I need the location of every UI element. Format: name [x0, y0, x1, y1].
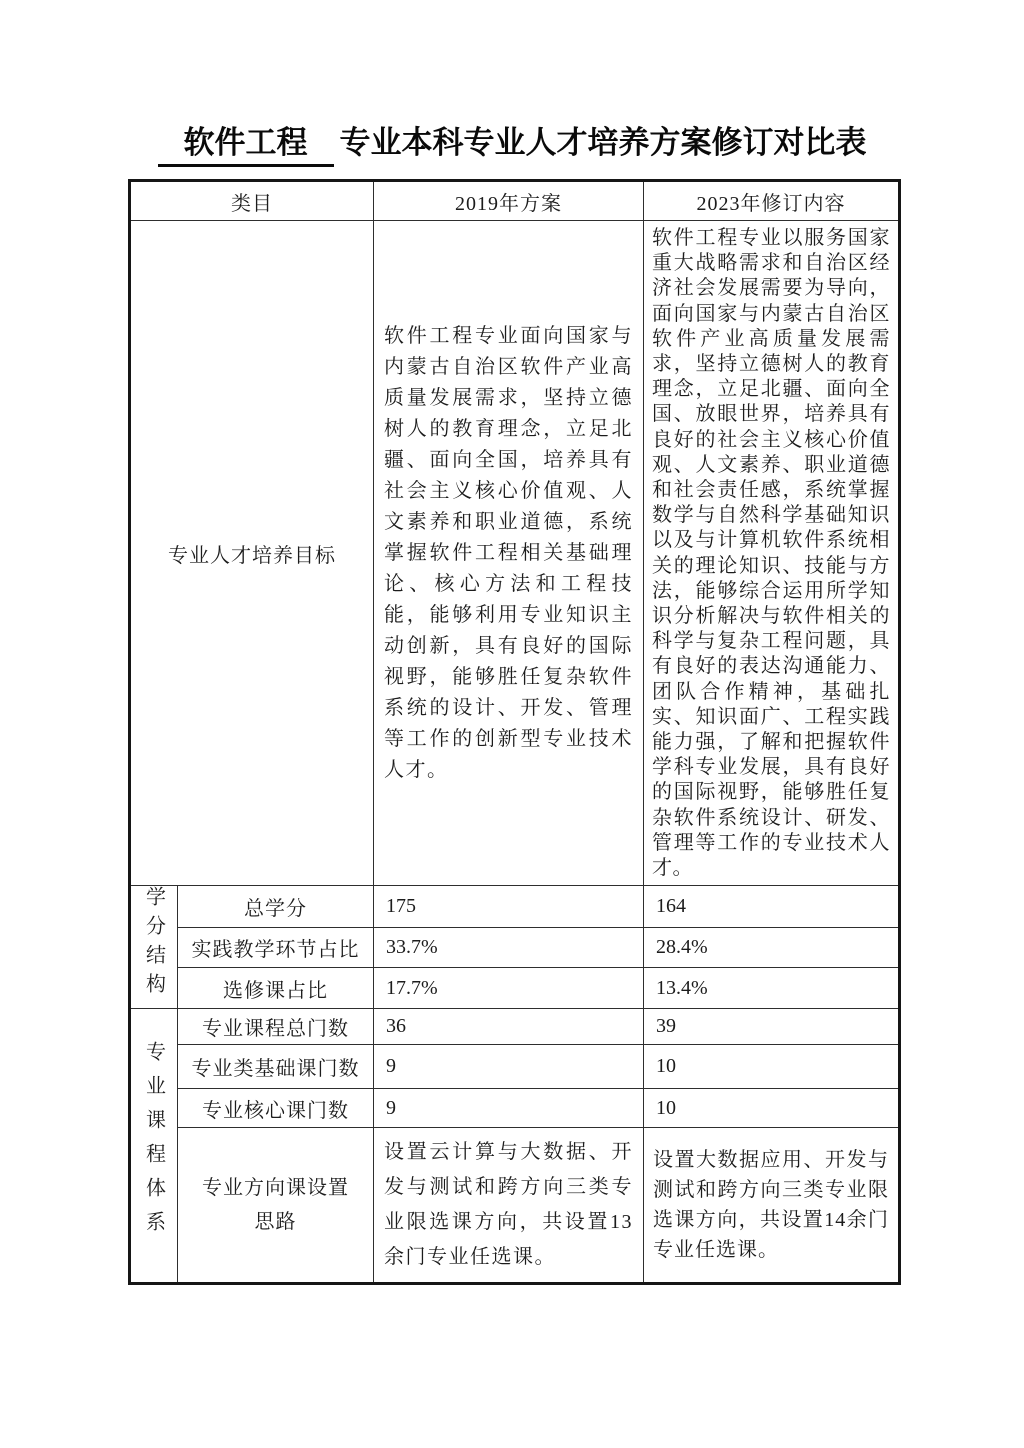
value-2019: 9 [374, 1045, 644, 1089]
credit-row-practice-ratio: 实践教学环节占比 33.7% 28.4% [130, 928, 900, 968]
course-row-direction-setup: 专业方向课设置思路 设置云计算与大数据、开发与测试和跨方向三类专业限选课方向，共… [130, 1128, 900, 1284]
header-2023: 2023年修订内容 [644, 181, 900, 221]
value-2023: 164 [644, 886, 900, 928]
value-2023: 13.4% [644, 968, 900, 1009]
row-label: 专业核心课门数 [178, 1089, 374, 1128]
row-label: 专业课程总门数 [178, 1009, 374, 1045]
value-2023: 10 [644, 1089, 900, 1128]
group-label-credit-structure-text: 学分结构 [140, 886, 169, 1002]
value-2023: 10 [644, 1045, 900, 1089]
value-2019: 17.7% [374, 968, 644, 1009]
group-label-course-system: 专业课程体系 [130, 1009, 178, 1284]
credit-row-total: 学分结构 总学分 175 164 [130, 886, 900, 928]
header-2019: 2019年方案 [374, 181, 644, 221]
value-2023: 39 [644, 1009, 900, 1045]
row-label: 总学分 [178, 886, 374, 928]
credit-row-elective-ratio: 选修课占比 17.7% 13.4% [130, 968, 900, 1009]
document-page: 软件工程专业本科专业人才培养方案修订对比表 类目 2019年方案 2023年修订… [0, 0, 1024, 1448]
group-label-credit-structure: 学分结构 [130, 886, 178, 1009]
direction-text-2023: 设置大数据应用、开发与测试和跨方向三类专业限选课方向，共设置14余门专业任选课。 [644, 1128, 900, 1284]
value-2019: 36 [374, 1009, 644, 1045]
direction-text-2019: 设置云计算与大数据、开发与测试和跨方向三类专业限选课方向，共设置13余门专业任选… [374, 1128, 644, 1284]
row-label: 实践教学环节占比 [178, 928, 374, 968]
row-label: 专业类基础课门数 [178, 1045, 374, 1089]
value-2019: 33.7% [374, 928, 644, 968]
row-label: 专业方向课设置思路 [178, 1128, 374, 1284]
title-rest: 专业本科专业人才培养方案修订对比表 [340, 124, 867, 162]
row-label: 选修课占比 [178, 968, 374, 1009]
goal-text-2019: 软件工程专业面向国家与内蒙古自治区软件产业高质量发展需求，坚持立德树人的教育理念… [374, 221, 644, 886]
value-2019: 175 [374, 886, 644, 928]
course-row-core-count: 专业核心课门数 9 10 [130, 1089, 900, 1128]
goal-label: 专业人才培养目标 [130, 221, 374, 886]
goal-row: 专业人才培养目标 软件工程专业面向国家与内蒙古自治区软件产业高质量发展需求，坚持… [130, 221, 900, 886]
document-title: 软件工程专业本科专业人才培养方案修订对比表 [0, 124, 1024, 167]
title-major-underlined: 软件工程 [158, 124, 334, 167]
header-category: 类目 [130, 181, 374, 221]
comparison-table: 类目 2019年方案 2023年修订内容 专业人才培养目标 软件工程专业面向国家… [128, 179, 901, 1285]
goal-text-2023: 软件工程专业以服务国家重大战略需求和自治区经济社会发展需要为导向，面向国家与内蒙… [644, 221, 900, 886]
value-2019: 9 [374, 1089, 644, 1128]
course-row-total-count: 专业课程体系 专业课程总门数 36 39 [130, 1009, 900, 1045]
header-row: 类目 2019年方案 2023年修订内容 [130, 181, 900, 221]
course-row-basic-count: 专业类基础课门数 9 10 [130, 1045, 900, 1089]
value-2023: 28.4% [644, 928, 900, 968]
group-label-course-system-text: 专业课程体系 [140, 1041, 169, 1245]
